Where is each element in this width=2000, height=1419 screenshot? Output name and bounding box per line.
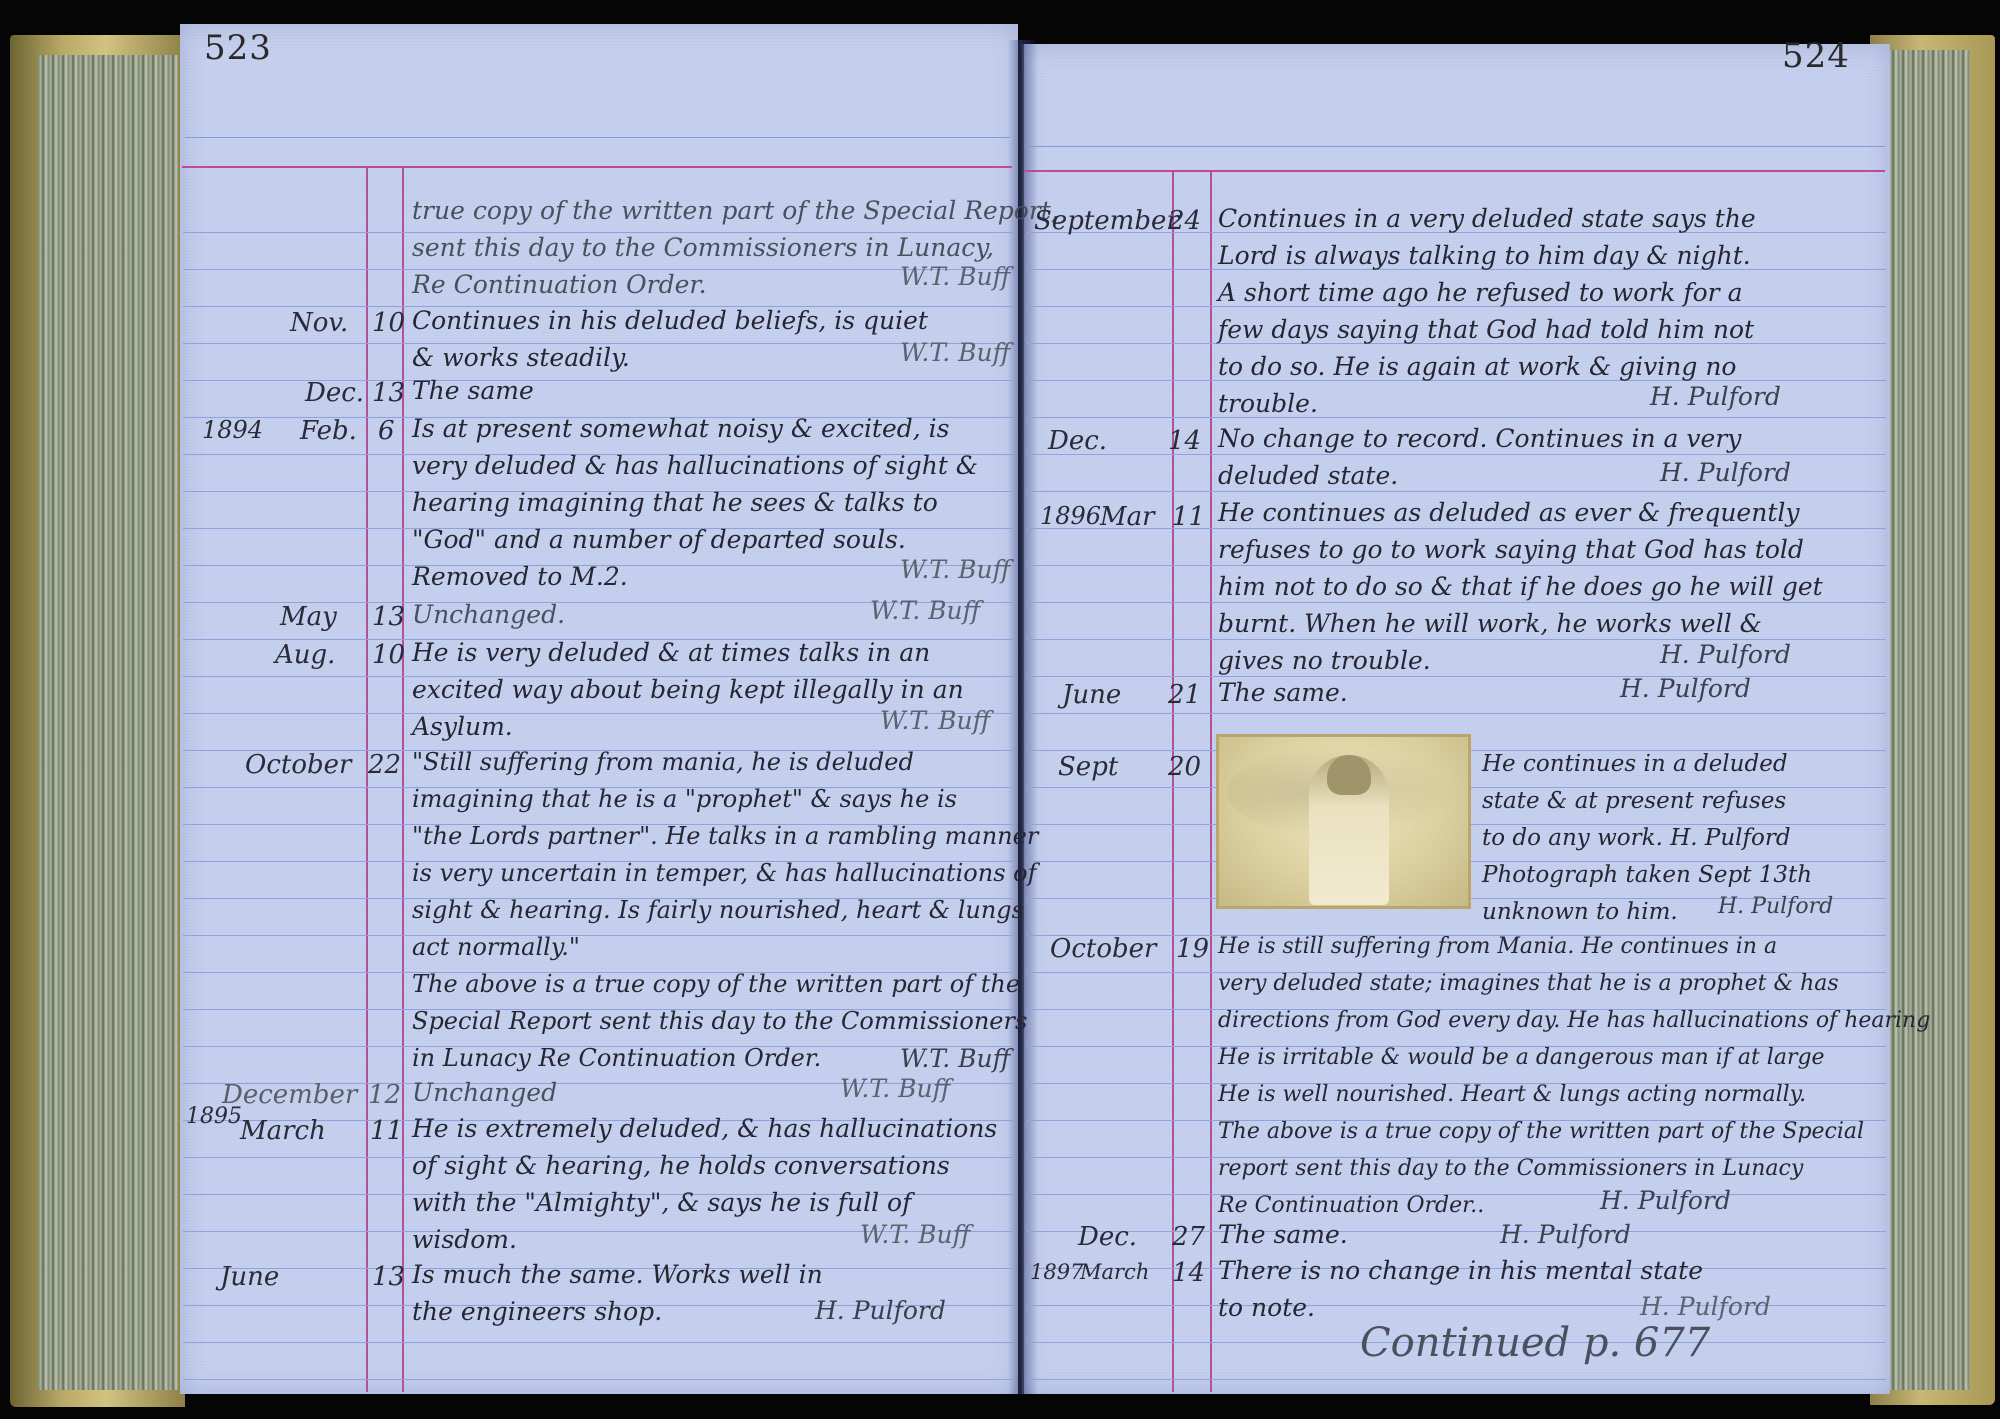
entry-day: 22	[368, 750, 401, 780]
entry-day: 13	[372, 378, 405, 408]
photo-figure-head	[1327, 755, 1371, 795]
entry-day: 19	[1176, 934, 1209, 964]
patient-photograph	[1216, 734, 1471, 909]
entry-day: 10	[372, 640, 405, 670]
entry-text: Unchanged.	[412, 596, 565, 633]
entry-text: The same.	[1218, 1216, 1348, 1253]
entry-day: 6	[378, 416, 395, 446]
entry-text: Unchanged	[412, 1074, 557, 1111]
page-number-left: 523	[204, 28, 272, 68]
entry-signature: H. Pulford	[1660, 640, 1791, 669]
entry-signature: H. Pulford	[1718, 894, 1833, 919]
entry-day: 11	[1172, 502, 1205, 532]
ruled-line	[1026, 1231, 1886, 1232]
entry-text: Is much the same. Works well in the engi…	[412, 1256, 823, 1330]
entry-month: Aug.	[275, 640, 335, 670]
continued-note: Continued p. 677	[1360, 1320, 1710, 1366]
entry-day: 13	[372, 602, 405, 632]
entry-signature: H. Pulford	[1640, 1292, 1771, 1321]
day-column-rule-left	[402, 166, 404, 1392]
entry-month: Nov.	[290, 308, 348, 338]
entry-day: 13	[372, 1262, 405, 1292]
entry-year: 1896	[1040, 502, 1101, 530]
entry-month: October	[1050, 934, 1156, 964]
entry-month: March	[1080, 1260, 1149, 1284]
header-rule-red-right	[1025, 170, 1885, 172]
entry-signature: H. Pulford	[1500, 1220, 1631, 1249]
entry-year: 1895	[186, 1104, 242, 1129]
entry-text: There is no change in his mental state t…	[1218, 1252, 1703, 1326]
entry-month: March	[240, 1116, 326, 1146]
entry-month: Mar	[1100, 502, 1155, 532]
entry-signature: W.T. Buff	[880, 706, 990, 735]
ruled-line	[183, 1342, 1015, 1343]
entry-month: Dec.	[305, 378, 364, 408]
entry-text: The same.	[1218, 674, 1348, 711]
entry-day: 14	[1168, 426, 1201, 456]
entry-signature: W.T. Buff	[900, 338, 1010, 367]
entry-signature: W.T. Buff	[900, 1044, 1010, 1073]
header-rule-blue-right	[1025, 146, 1885, 147]
header-rule-red-left	[182, 166, 1012, 168]
entry-month: Dec.	[1048, 426, 1107, 456]
entry-text: He is still suffering from Mania. He con…	[1218, 928, 1930, 1224]
ruled-line	[183, 1379, 1015, 1380]
entry-signature: W.T. Buff	[900, 555, 1010, 584]
page-stack-left	[38, 55, 178, 1390]
entry-day: 14	[1172, 1258, 1205, 1288]
entry-signature: H. Pulford	[1620, 674, 1751, 703]
entry-month: December	[222, 1080, 357, 1110]
entry-signature: H. Pulford	[1650, 382, 1781, 411]
entry-month: June	[220, 1262, 279, 1292]
entry-text: "Still suffering from mania, he is delud…	[412, 744, 1038, 1077]
entry-day: 11	[370, 1116, 403, 1146]
entry-month: Dec.	[1078, 1222, 1137, 1252]
entry-day: 27	[1172, 1222, 1205, 1252]
entry-signature: H. Pulford	[1600, 1186, 1731, 1215]
entry-signature: H. Pulford	[1660, 458, 1791, 487]
entry-year: 1897	[1030, 1260, 1083, 1284]
day-column-rule-right	[1210, 170, 1212, 1392]
entry-day: 12	[368, 1080, 401, 1110]
entry-month: Feb.	[300, 416, 357, 446]
entry-day: 20	[1168, 752, 1201, 782]
entry-month: October	[245, 750, 351, 780]
entry-signature: W.T. Buff	[870, 596, 980, 625]
entry-signature: W.T. Buff	[840, 1074, 950, 1103]
entry-month: June	[1062, 680, 1121, 710]
entry-day: 10	[372, 308, 405, 338]
ruled-line	[1026, 713, 1886, 714]
entry-text: Continues in his deluded beliefs, is qui…	[412, 302, 928, 376]
entry-month: Sept	[1058, 752, 1118, 782]
entry-day: 21	[1168, 680, 1201, 710]
entry-signature: W.T. Buff	[900, 262, 1010, 291]
entry-year: 1894	[202, 416, 263, 444]
page-number-right: 524	[1782, 36, 1850, 76]
entry-signature: H. Pulford	[815, 1296, 946, 1325]
entry-month: May	[280, 602, 337, 632]
entry-day: 24	[1168, 206, 1201, 236]
header-rule-blue-left	[185, 137, 1010, 138]
entry-text: Is at present somewhat noisy & excited, …	[412, 410, 978, 595]
entry-month: September	[1034, 206, 1179, 236]
entry-text: The same	[412, 372, 534, 409]
entry-signature: W.T. Buff	[860, 1220, 970, 1249]
ruled-line	[1026, 1379, 1886, 1380]
